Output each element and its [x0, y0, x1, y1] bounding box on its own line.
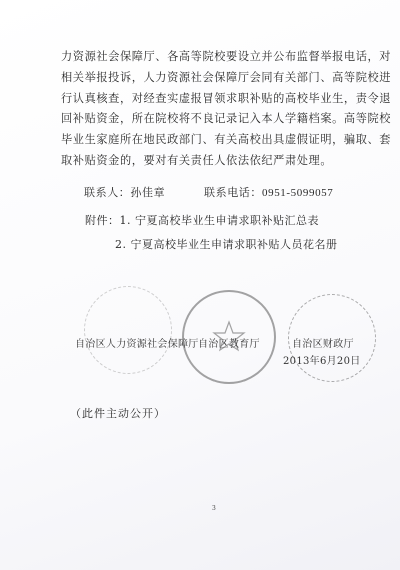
attachment-item: 1. 宁夏高校毕业生申请求职补贴汇总表 — [120, 214, 320, 227]
page-number: 3 — [212, 505, 216, 512]
body-line: 回补贴资金，所在院校将不良记录记入本人学籍档案。高等院校 — [61, 109, 351, 130]
document-page: 力资源社会保障厅、各高等院校要设立并公布监督举报电话，对 相关举报投诉，人力资源… — [0, 0, 400, 570]
attachments-label: 附件： — [85, 214, 120, 227]
attachment-item: 2. 宁夏高校毕业生申请求职补贴人员花名册 — [115, 238, 338, 251]
body-line: 毕业生家庭所在地民政部门、有关高校出具虚假证明，骗取、套 — [61, 130, 351, 151]
document-date: 2013年6月20日 — [283, 352, 361, 367]
contact-person-name: 孙佳章 — [130, 186, 165, 199]
body-paragraph: 力资源社会保障厅、各高等院校要设立并公布监督举报电话，对 相关举报投诉，人力资源… — [61, 47, 351, 172]
disclosure-note: （此件主动公开） — [70, 405, 166, 421]
contact-phone-label: 联系电话： — [204, 186, 262, 199]
body-line: 行认真核查，对经查实虚报冒领求职补贴的高校毕业生，责令退 — [61, 89, 351, 110]
body-line: 力资源社会保障厅、各高等院校要设立并公布监督举报电话，对 — [61, 47, 351, 68]
body-line: 取补贴资金的，要对有关责任人依法依纪严肃处理。 — [61, 151, 351, 172]
signatory-finance: 自治区财政厅 — [292, 335, 354, 350]
attachment-1: 附件：1. 宁夏高校毕业生申请求职补贴汇总表 — [85, 212, 319, 228]
signatory-hr: 自治区人力资源社会保障厅 — [75, 335, 199, 350]
body-line: 相关举报投诉，人力资源社会保障厅会同有关部门、高等院校进 — [61, 68, 351, 89]
signatory-education: 自治区教育厅 — [198, 335, 260, 350]
contact-phone: 联系电话：0951-5099057 — [204, 184, 333, 200]
contact-phone-number: 0951-5099057 — [262, 187, 333, 199]
contact-person-label: 联系人： — [84, 186, 130, 199]
official-seal-hr — [84, 286, 172, 374]
contact-person: 联系人：孙佳章 — [84, 184, 165, 200]
attachment-2: 2. 宁夏高校毕业生申请求职补贴人员花名册 — [115, 236, 338, 252]
